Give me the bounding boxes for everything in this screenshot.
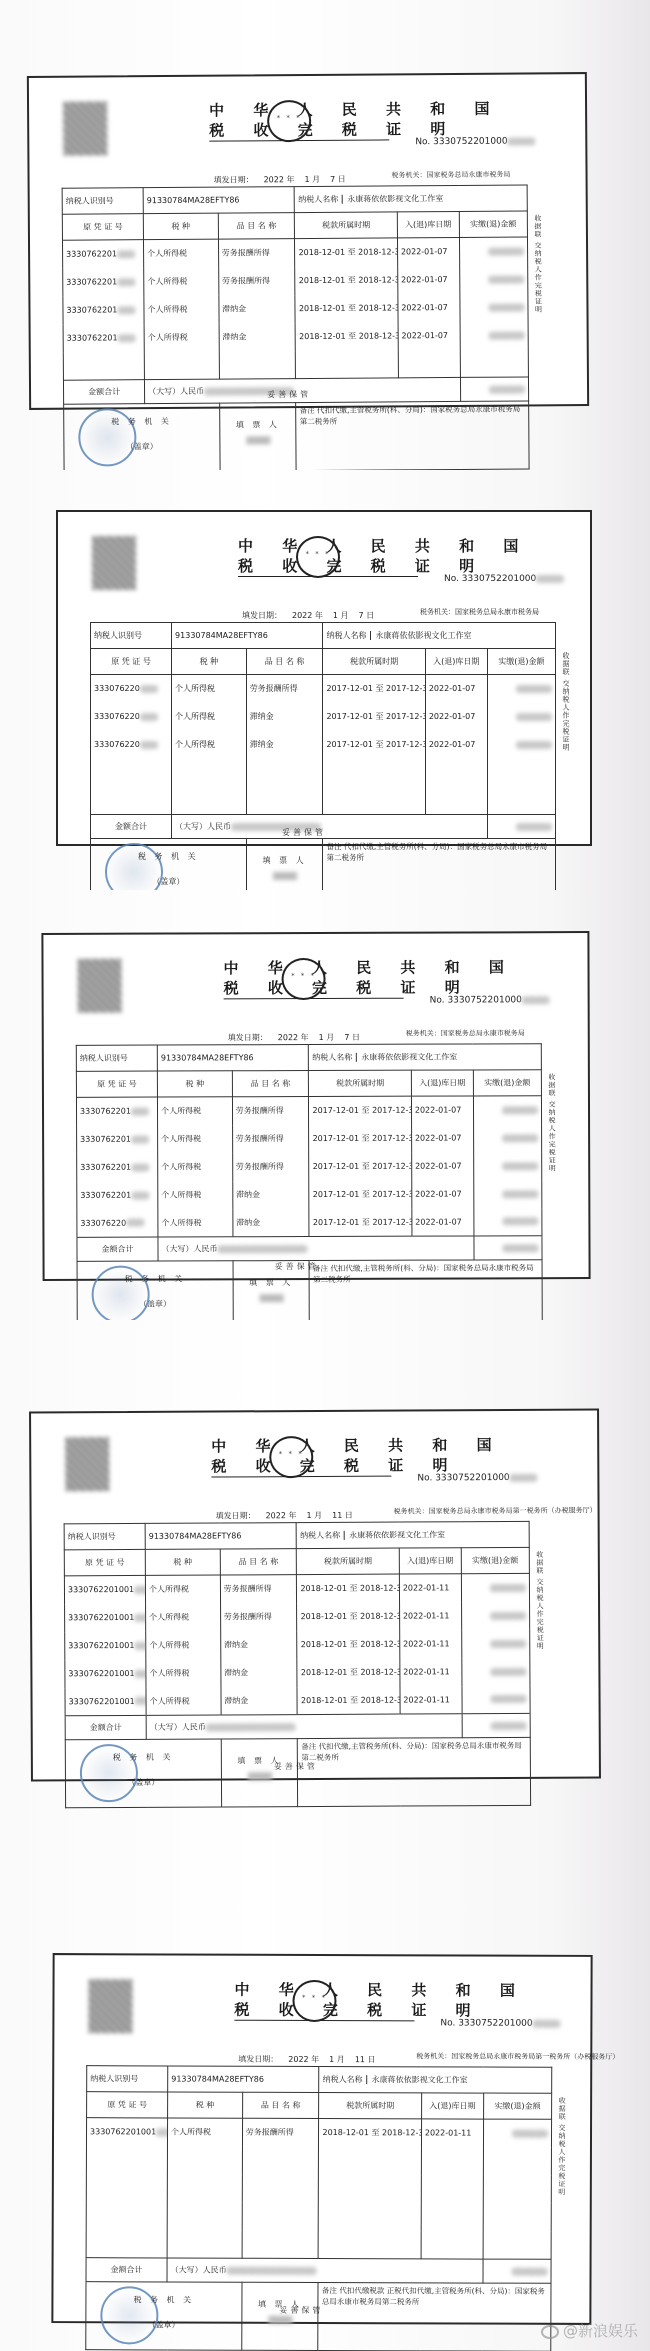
table-row: 333076220个人所得税劳务报酬所得2017-12-01 至 2017-12… bbox=[91, 675, 556, 703]
item-name: 滞纳金 bbox=[221, 1659, 298, 1687]
redacted-amount bbox=[516, 685, 552, 693]
tax-table: 纳税人识别号 91330784MA28EFTY86 纳税人名称永康蒋依依影视文化… bbox=[90, 622, 556, 907]
table-row: 3330762201个人所得税劳务报酬所得2017-12-01 至 2017-1… bbox=[77, 1152, 542, 1182]
redacted bbox=[131, 1163, 149, 1171]
tax-period: 2018-12-01 至 2018-12-31 bbox=[295, 266, 398, 295]
tax-table: 纳税人识别号 91330784MA28EFTY86 纳税人名称永康蒋依依影视文化… bbox=[76, 1043, 543, 1330]
redacted bbox=[135, 1697, 146, 1705]
national-seal-icon: * * * bbox=[296, 536, 340, 578]
redacted-total bbox=[512, 2267, 548, 2275]
tax-period: 2018-12-01 至 2018-12-31 bbox=[297, 1630, 400, 1659]
taxpayer-id: 91330784MA28EFTY86 bbox=[145, 1523, 297, 1550]
tax-authority: 税务机关：国家税务总局永康市税务局第一税务所（办税服务厅） bbox=[394, 1507, 584, 1517]
taxpayer-id-label: 纳税人识别号 bbox=[64, 1523, 145, 1549]
redacted-amount bbox=[488, 275, 524, 283]
item-name: 滞纳金 bbox=[219, 323, 296, 352]
tax-type: 个人所得税 bbox=[144, 295, 219, 324]
certificate-number: No. 3330752201000 bbox=[430, 995, 550, 1005]
voucher-number: 3330762201001 bbox=[65, 1687, 146, 1715]
redacted bbox=[533, 2019, 561, 2027]
storage-date: 2022-01-07 bbox=[411, 1096, 473, 1124]
taxpayer-id: 91330784MA28EFTY86 bbox=[157, 1045, 309, 1072]
tax-type: 个人所得税 bbox=[158, 1125, 233, 1153]
storage-date: 2022-01-11 bbox=[400, 1658, 462, 1686]
redacted-amount bbox=[502, 1106, 538, 1114]
taxpayer-name-cell: 纳税人名称永康蒋依依影视文化工作室 bbox=[295, 185, 528, 213]
redacted bbox=[117, 306, 135, 314]
empty-row bbox=[91, 787, 556, 815]
amount bbox=[461, 1573, 529, 1601]
redacted bbox=[140, 685, 158, 693]
tax-period: 2018-12-01 至 2018-12-31 bbox=[319, 2118, 421, 2146]
table-row: 3330762201001个人所得税滞纳金2018-12-01 至 2018-1… bbox=[65, 1657, 530, 1687]
storage-date: 2022-01-11 bbox=[399, 1574, 461, 1602]
tax-period: 2018-12-01 至 2018-12-31 bbox=[297, 1574, 400, 1603]
remark: 备注 代扣代缴,主管税务所(科、分局)：国家税务总局永康市税务局第二税务所 bbox=[298, 1737, 531, 1806]
taxpayer-id: 91330784MA28EFTY86 bbox=[168, 2066, 320, 2093]
redacted-drawer bbox=[246, 436, 270, 444]
redacted bbox=[117, 278, 135, 286]
keep-safely-note: 妥善保管 bbox=[58, 827, 550, 838]
empty-row bbox=[91, 759, 556, 787]
tax-type: 个人所得税 bbox=[158, 1097, 233, 1125]
amount bbox=[483, 2119, 551, 2147]
tax-office-seal: 税 务 机 关 （盖章） bbox=[65, 1739, 221, 1808]
table-row: 3330762201个人所得税劳务报酬所得2017-12-01 至 2017-1… bbox=[76, 1096, 541, 1126]
table-row: 3330762201001个人所得税劳务报酬所得2018-12-01 至 201… bbox=[64, 1573, 529, 1603]
tax-table: 纳税人识别号 91330784MA28EFTY86 纳税人名称永康蒋依依影视文化… bbox=[62, 184, 530, 472]
column-headers: 原 凭 证 号 税 种 品 目 名 称 税款所属时期 入(退)库日期 实缴(退)… bbox=[91, 649, 556, 675]
taxpayer-id: 91330784MA28EFTY86 bbox=[172, 623, 323, 649]
storage-date: 2022-01-07 bbox=[412, 1180, 474, 1208]
item-name: 劳务报酬所得 bbox=[242, 2118, 319, 2146]
amount bbox=[460, 293, 529, 321]
tax-period: 2017-12-01 至 2017-12-31 bbox=[309, 1096, 411, 1124]
amount bbox=[487, 675, 555, 703]
sheet-2: * * * 中 华 人 民 共 和 国 税 收 完 税 证 明 No. 3330… bbox=[0, 470, 650, 890]
redacted bbox=[131, 1107, 149, 1115]
tax-period: 2017-12-01 至 2017-12-31 bbox=[323, 703, 425, 731]
redacted-amount bbox=[490, 1667, 526, 1675]
voucher-number: 3330762201 bbox=[76, 1097, 157, 1125]
tax-period: 2017-12-01 至 2017-12-31 bbox=[323, 675, 425, 703]
empty-row bbox=[86, 2146, 551, 2176]
voucher-number: 333076220 bbox=[91, 731, 172, 759]
tax-type: 个人所得税 bbox=[146, 1631, 221, 1659]
storage-date: 2022-01-07 bbox=[425, 675, 487, 703]
drawer-cell: 填 票 人 bbox=[221, 1739, 298, 1807]
qr-code bbox=[65, 1437, 109, 1491]
column-headers: 原 凭 证 号 税 种 品 目 名 称 税款所属时期 入(退)库日期 实缴(退)… bbox=[62, 211, 527, 240]
item-name: 滞纳金 bbox=[220, 1631, 297, 1659]
drawer-cell: 填 票 人 bbox=[219, 403, 296, 472]
certificate-title: * * * 中 华 人 民 共 和 国 税 收 完 税 证 明 bbox=[223, 958, 403, 1000]
storage-date: 2022-01-11 bbox=[421, 2119, 483, 2147]
tax-authority: 税务机关：国家税务总局永康市税务局 bbox=[406, 1029, 596, 1039]
certificate-2: * * * 中 华 人 民 共 和 国 税 收 完 税 证 明 No. 3330… bbox=[56, 510, 592, 846]
item-name: 滞纳金 bbox=[233, 1209, 310, 1237]
sheet-4: * * * 中 华 人 民 共 和 国 税 收 完 税 证 明 No. 3330… bbox=[0, 1320, 650, 1900]
redacted bbox=[522, 996, 550, 1004]
item-name: 劳务报酬所得 bbox=[220, 1603, 297, 1631]
redacted bbox=[510, 1473, 538, 1481]
table-row: 3330762201个人所得税滞纳金2017-12-01 至 2017-12-3… bbox=[77, 1180, 542, 1210]
issue-date: 填发日期：2022 年1 月7 日 bbox=[214, 174, 356, 186]
tax-type: 个人所得税 bbox=[146, 1659, 221, 1687]
qr-code bbox=[92, 536, 136, 590]
amount bbox=[473, 1124, 541, 1152]
national-seal-icon: * * * bbox=[292, 1980, 336, 2022]
table-row: 333076220个人所得税滞纳金2017-12-01 至 2017-12-31… bbox=[91, 703, 556, 731]
certificate-title: * * * 中 华 人 民 共 和 国 税 收 完 税 证 明 bbox=[234, 1980, 414, 2022]
storage-date: 2022-01-11 bbox=[399, 1602, 461, 1630]
tax-type: 个人所得税 bbox=[146, 1687, 221, 1715]
table-row: 333076220个人所得税滞纳金2017-12-01 至 2017-12-31… bbox=[91, 731, 556, 759]
redacted-amount bbox=[502, 1217, 538, 1225]
receipt-side-label: 收据联 交纳税人作完税证明 bbox=[546, 1073, 556, 1172]
tax-type: 个人所得税 bbox=[158, 1209, 233, 1237]
tax-type: 个人所得税 bbox=[144, 239, 219, 268]
empty-row bbox=[86, 2174, 551, 2204]
item-name: 劳务报酬所得 bbox=[232, 1153, 309, 1181]
voucher-number: 3330762201 bbox=[77, 1153, 158, 1181]
storage-date: 2022-01-07 bbox=[425, 731, 487, 759]
tax-period: 2018-12-01 至 2018-12-31 bbox=[295, 238, 398, 267]
certificate-4: * * * 中 华 人 民 共 和 国 税 收 完 税 证 明 No. 3330… bbox=[29, 1409, 601, 1782]
receipt-side-label: 收据联 交纳税人作完税证明 bbox=[532, 214, 543, 313]
voucher-number: 3330762201001 bbox=[65, 1659, 146, 1687]
tax-type: 个人所得税 bbox=[146, 1603, 221, 1631]
tax-type: 个人所得税 bbox=[158, 1153, 233, 1181]
drawer-cell: 填 票 人 bbox=[241, 2282, 318, 2350]
redacted-amount bbox=[488, 247, 524, 255]
tax-type: 个人所得税 bbox=[172, 731, 247, 759]
redacted bbox=[118, 334, 136, 342]
voucher-number: 3330762201 bbox=[77, 1181, 158, 1209]
redacted bbox=[126, 1219, 144, 1227]
redacted bbox=[131, 1135, 149, 1143]
national-seal-icon: * * * bbox=[281, 958, 325, 1000]
redacted bbox=[156, 2128, 167, 2136]
total-row: 金额合计 （大写）人民币 bbox=[86, 2258, 551, 2284]
amount bbox=[461, 1629, 529, 1657]
tax-type: 个人所得税 bbox=[145, 1575, 220, 1603]
redacted-drawer bbox=[268, 2316, 292, 2324]
tax-type: 个人所得税 bbox=[144, 323, 219, 352]
table-row: 3330762201001个人所得税滞纳金2018-12-01 至 2018-1… bbox=[65, 1685, 530, 1715]
redacted-amount bbox=[490, 1611, 526, 1619]
redacted-amount bbox=[491, 1695, 527, 1703]
certificate-number: No. 3330752201000 bbox=[444, 574, 564, 584]
qr-code bbox=[77, 959, 121, 1013]
qr-code bbox=[88, 1979, 132, 2033]
redacted bbox=[508, 137, 536, 145]
keep-safely-note: 妥善保管 bbox=[53, 2304, 549, 2317]
certificate-title: * * * 中 华 人 民 共 和 国 税 收 完 税 证 明 bbox=[209, 99, 389, 141]
redacted-drawer bbox=[273, 872, 297, 880]
taxpayer-id-label: 纳税人识别号 bbox=[76, 1045, 157, 1071]
redacted bbox=[135, 1669, 146, 1677]
empty-row bbox=[86, 2230, 551, 2260]
certificate-5: * * * 中 华 人 民 共 和 国 税 收 完 税 证 明 No. 3330… bbox=[51, 1953, 592, 2325]
amount bbox=[487, 731, 555, 759]
tax-period: 2018-12-01 至 2018-12-31 bbox=[296, 322, 399, 351]
tax-period: 2017-12-01 至 2017-12-31 bbox=[309, 1208, 411, 1236]
redacted-drawer bbox=[248, 1772, 272, 1780]
taxpayer-name-cell: 纳税人名称永康蒋依依影视文化工作室 bbox=[323, 623, 556, 649]
item-name: 滞纳金 bbox=[246, 731, 323, 759]
amount bbox=[461, 1601, 529, 1629]
storage-date: 2022-01-11 bbox=[400, 1686, 462, 1714]
taxpayer-name-cell: 纳税人名称永康蒋依依影视文化工作室 bbox=[297, 1521, 530, 1548]
redacted-amount bbox=[512, 2129, 548, 2137]
qr-code bbox=[63, 101, 107, 155]
amount bbox=[474, 1208, 542, 1236]
redacted-amount-words bbox=[206, 1723, 296, 1731]
column-headers: 原 凭 证 号 税 种 品 目 名 称 税款所属时期 入(退)库日期 实缴(退)… bbox=[64, 1547, 529, 1575]
voucher-number: 3330762201001 bbox=[86, 2118, 167, 2146]
voucher-number: 333076220 bbox=[91, 703, 172, 731]
tax-office-seal: 税 务 机 关 （盖章） bbox=[86, 2282, 242, 2351]
redacted bbox=[134, 1613, 145, 1621]
redacted bbox=[140, 741, 158, 749]
tax-type: 个人所得税 bbox=[172, 675, 247, 703]
item-name: 滞纳金 bbox=[232, 1181, 309, 1209]
column-headers: 原 凭 证 号 税 种 品 目 名 称 税款所属时期 入(退)库日期 实缴(退)… bbox=[87, 2092, 552, 2120]
item-name: 劳务报酬所得 bbox=[218, 239, 295, 268]
certificate-number: No. 3330752201000 bbox=[440, 2018, 560, 2028]
voucher-number: 3330762201 bbox=[77, 1125, 158, 1153]
amount bbox=[487, 703, 555, 731]
redacted bbox=[134, 1641, 145, 1649]
taxpayer-name-cell: 纳税人名称永康蒋依依影视文化工作室 bbox=[319, 2066, 552, 2093]
tax-period: 2017-12-01 至 2017-12-31 bbox=[309, 1152, 411, 1180]
receipt-side-label: 收据联 交纳税人作完税证明 bbox=[556, 2097, 566, 2196]
national-seal-icon: * * * bbox=[269, 1436, 313, 1478]
total-row: 金额合计 （大写）人民币 bbox=[77, 1236, 542, 1262]
redacted-amount-words bbox=[218, 1245, 308, 1253]
taxpayer-id-label: 纳税人识别号 bbox=[91, 623, 172, 649]
tax-authority: 税务机关：国家税务总局永康市税务局 bbox=[392, 170, 582, 180]
redacted-amount bbox=[502, 1134, 538, 1142]
taxpayer-name-cell: 纳税人名称永康蒋依依影视文化工作室 bbox=[309, 1044, 542, 1071]
issue-date: 填发日期：2022 年1 月7 日 bbox=[242, 610, 384, 621]
tax-period: 2018-12-01 至 2018-12-31 bbox=[295, 294, 398, 323]
national-seal-icon: * * * bbox=[267, 100, 311, 142]
sheet-1: * * * 中 华 人 民 共 和 国 税 收 完 税 证 明 No. 3330… bbox=[0, 0, 650, 470]
redacted-amount bbox=[516, 713, 552, 721]
table-row: 3330762201001个人所得税劳务报酬所得2018-12-01 至 201… bbox=[86, 2118, 551, 2148]
column-headers: 原 凭 证 号 税 种 品 目 名 称 税款所属时期 入(退)库日期 实缴(退)… bbox=[76, 1070, 541, 1098]
amount bbox=[459, 237, 528, 265]
tax-period: 2018-12-01 至 2018-12-31 bbox=[297, 1602, 400, 1631]
issue-date: 填发日期：2022 年1 月7 日 bbox=[228, 1032, 370, 1043]
tax-office-seal: 税 务 机 关 （盖章） bbox=[64, 403, 220, 472]
table-row: 3330762201001个人所得税滞纳金2018-12-01 至 2018-1… bbox=[65, 1629, 530, 1659]
receipt-side-label: 收据联 交纳税人作完税证明 bbox=[560, 652, 570, 751]
item-name: 劳务报酬所得 bbox=[232, 1125, 309, 1153]
issue-date: 填发日期：2022 年1 月11 日 bbox=[238, 2054, 385, 2066]
redacted-amount bbox=[488, 303, 524, 311]
tax-period: 2017-12-01 至 2017-12-31 bbox=[309, 1124, 411, 1152]
amount bbox=[473, 1180, 541, 1208]
redacted-amount bbox=[490, 1584, 526, 1592]
table-row: 333076220个人所得税滞纳金2017-12-01 至 2017-12-31… bbox=[77, 1208, 542, 1238]
table-row: 3330762201001个人所得税劳务报酬所得2018-12-01 至 201… bbox=[65, 1601, 530, 1631]
storage-date: 2022-01-07 bbox=[411, 1124, 473, 1152]
voucher-number: 3330762201 bbox=[63, 268, 144, 297]
redacted-amount-words bbox=[227, 2266, 317, 2274]
amount bbox=[462, 1685, 530, 1713]
weibo-logo-icon bbox=[541, 2325, 559, 2339]
voucher-number: 3330762201001 bbox=[65, 1631, 146, 1659]
redacted-amount bbox=[502, 1190, 538, 1198]
storage-date: 2022-01-07 bbox=[425, 703, 487, 731]
redacted-amount bbox=[490, 1639, 526, 1647]
tax-type: 个人所得税 bbox=[158, 1181, 233, 1209]
item-name: 劳务报酬所得 bbox=[232, 1097, 309, 1125]
receipt-side-label: 收据联 交纳税人作完税证明 bbox=[534, 1551, 545, 1650]
voucher-number: 3330762201 bbox=[62, 240, 143, 269]
certificate-number: No. 3330752201000 bbox=[415, 136, 535, 147]
remark: 备注 代扣代缴,主管税务所(科、分局)：国家税务总局永康市税务局第二税务所 bbox=[296, 401, 529, 471]
item-name: 劳务报酬所得 bbox=[218, 267, 295, 296]
amount bbox=[473, 1152, 541, 1180]
redacted bbox=[140, 713, 158, 721]
taxpayer-id-label: 纳税人识别号 bbox=[62, 188, 143, 215]
redacted-amount bbox=[502, 1162, 538, 1170]
amount bbox=[473, 1096, 541, 1124]
storage-date: 2022-01-07 bbox=[412, 1152, 474, 1180]
sheet-5: * * * 中 华 人 民 共 和 国 税 收 完 税 证 明 No. 3330… bbox=[0, 1900, 650, 2351]
tax-period: 2018-12-01 至 2018-12-31 bbox=[297, 1658, 400, 1687]
weibo-watermark: @新浪娱乐 bbox=[541, 2320, 638, 2341]
redacted-total bbox=[502, 1244, 538, 1252]
voucher-number: 3330762201001 bbox=[64, 1575, 145, 1603]
tax-period: 2017-12-01 至 2017-12-31 bbox=[309, 1180, 411, 1208]
item-name: 滞纳金 bbox=[246, 703, 323, 731]
amount bbox=[460, 321, 529, 349]
redacted bbox=[536, 575, 564, 583]
amount bbox=[462, 1657, 530, 1685]
certificate-3: * * * 中 华 人 民 共 和 国 税 收 完 税 证 明 No. 3330… bbox=[41, 931, 590, 1281]
issue-date: 填发日期：2022 年1 月11 日 bbox=[216, 1510, 363, 1522]
tax-authority: 税务机关：国家税务总局永康市税务局第一税务所（办税服务厅） bbox=[416, 2052, 606, 2062]
storage-date: 2022-01-11 bbox=[400, 1630, 462, 1658]
tax-period: 2018-12-01 至 2018-12-31 bbox=[297, 1686, 400, 1715]
item-name: 滞纳金 bbox=[219, 295, 296, 324]
storage-date: 2022-01-07 bbox=[398, 265, 460, 293]
item-name: 劳务报酬所得 bbox=[246, 675, 323, 703]
redacted bbox=[117, 250, 135, 258]
tax-type: 个人所得税 bbox=[144, 267, 219, 296]
remark: 备注 代扣代缴税款 正税代扣代缴,主管税务所(科、分局)：国家税务总局永康市税务… bbox=[318, 2282, 551, 2351]
redacted bbox=[131, 1191, 149, 1199]
storage-date: 2022-01-07 bbox=[398, 293, 460, 321]
voucher-number: 3330762201 bbox=[63, 324, 144, 353]
footer-row: 税 务 机 关 （盖章） 填 票 人 备注 代扣代缴,主管税务所(科、分局)：国… bbox=[64, 401, 529, 472]
table-row: 3330762201个人所得税滞纳金2018-12-01 至 2018-12-3… bbox=[63, 293, 528, 324]
storage-date: 2022-01-07 bbox=[398, 321, 460, 349]
table-row: 3330762201个人所得税劳务报酬所得2017-12-01 至 2017-1… bbox=[77, 1124, 542, 1154]
empty-row bbox=[63, 349, 528, 380]
taxpayer-id-label: 纳税人识别号 bbox=[87, 2066, 168, 2092]
voucher-number: 3330762201 bbox=[63, 296, 144, 325]
voucher-number: 333076220 bbox=[77, 1209, 158, 1237]
storage-date: 2022-01-07 bbox=[397, 237, 459, 265]
keep-safely-note: 妥善保管 bbox=[45, 1260, 549, 1273]
redacted bbox=[134, 1586, 145, 1594]
tax-type: 个人所得税 bbox=[168, 2118, 243, 2146]
redacted-total bbox=[491, 1721, 527, 1729]
tax-authority: 税务机关：国家税务总局永康市税务局 bbox=[420, 608, 610, 617]
certificate-1: * * * 中 华 人 民 共 和 国 税 收 完 税 证 明 No. 3330… bbox=[27, 72, 589, 410]
taxpayer-id: 91330784MA28EFTY86 bbox=[143, 187, 295, 214]
storage-date: 2022-01-07 bbox=[412, 1208, 474, 1236]
item-name: 滞纳金 bbox=[221, 1687, 298, 1715]
voucher-number: 333076220 bbox=[91, 675, 172, 703]
tax-type: 个人所得税 bbox=[172, 703, 247, 731]
empty-row bbox=[86, 2202, 551, 2232]
voucher-number: 3330762201001 bbox=[65, 1603, 146, 1631]
redacted-drawer bbox=[259, 1294, 283, 1302]
redacted-amount bbox=[489, 331, 525, 339]
tax-period: 2017-12-01 至 2017-12-31 bbox=[323, 731, 425, 759]
table-row: 3330762201个人所得税滞纳金2018-12-01 至 2018-12-3… bbox=[63, 321, 528, 352]
amount bbox=[459, 265, 528, 293]
table-row: 3330762201个人所得税劳务报酬所得2018-12-01 至 2018-1… bbox=[63, 265, 528, 296]
table-row: 3330762201个人所得税劳务报酬所得2018-12-01 至 2018-1… bbox=[62, 237, 527, 268]
certificate-number: No. 3330752201000 bbox=[417, 1473, 537, 1484]
item-name: 劳务报酬所得 bbox=[220, 1575, 297, 1603]
total-row: 金额合计 （大写）人民币 bbox=[65, 1713, 530, 1739]
sheet-3: * * * 中 华 人 民 共 和 国 税 收 完 税 证 明 No. 3330… bbox=[0, 890, 650, 1320]
redacted-amount bbox=[516, 741, 552, 749]
certificate-title: * * * 中 华 人 民 共 和 国 税 收 完 税 证 明 bbox=[238, 536, 418, 577]
certificate-title: * * * 中 华 人 民 共 和 国 税 收 完 税 证 明 bbox=[211, 1436, 391, 1478]
